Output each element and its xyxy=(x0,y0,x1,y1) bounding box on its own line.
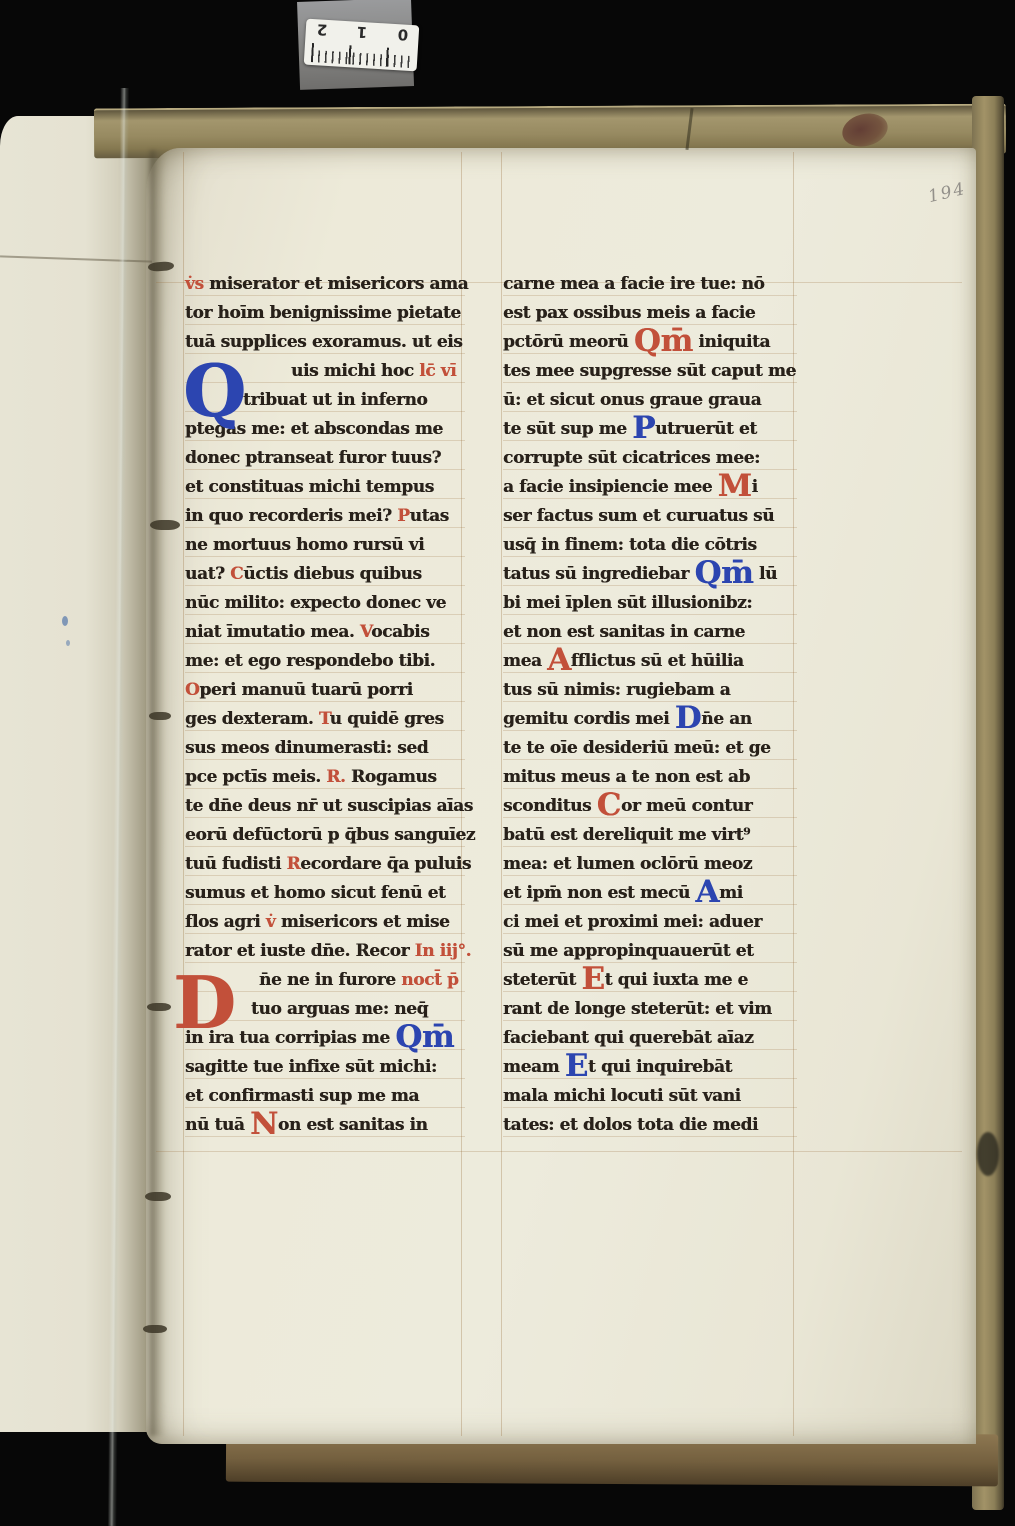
body-text: eorū defūctorū p q̄bus sanguīez xyxy=(185,825,475,845)
blue-initial-text: Qm̄ xyxy=(694,555,753,591)
rubric-red-text: v̇s xyxy=(185,274,209,294)
manuscript-line: et ipm̄ non est mecū Ami xyxy=(503,879,797,908)
body-text: uat? xyxy=(185,564,230,584)
manuscript-line: rant de longe steterūt: et vim xyxy=(503,995,797,1024)
body-text: utas xyxy=(410,506,449,526)
rubric-red-text: N xyxy=(250,1106,278,1142)
illuminated-initial: Q xyxy=(183,358,245,424)
manuscript-line: uat? Cūctis diebus quibus xyxy=(185,560,465,589)
manuscript-line: pce pctīs meis. R. Rogamus xyxy=(185,763,465,792)
body-text: tuū fudisti xyxy=(185,854,287,874)
manuscript-line: donec ptranseat furor tuus? xyxy=(185,444,465,473)
cover-dark-spot xyxy=(977,1132,999,1176)
body-text: est pax ossibus meis a facie xyxy=(503,303,755,323)
body-text: fflictus sū et hūilia xyxy=(571,651,744,671)
gutter-shadow xyxy=(150,150,166,1436)
sewing-station xyxy=(143,1325,167,1333)
body-text: sū me appropinquauerūt et xyxy=(503,941,754,961)
manuscript-line: ci mei et proximi mei: aduer xyxy=(503,908,797,937)
manuscript-line: carne mea a facie ire tue: nō xyxy=(503,270,797,299)
body-text: mitus meus a te non est ab xyxy=(503,767,750,787)
manuscript-line: gemitu cordis mei Dn̄e an xyxy=(503,705,797,734)
body-text: tes mee supgresse sūt caput me xyxy=(503,361,796,381)
manuscript-line: sū me appropinquauerūt et xyxy=(503,937,797,966)
ruler-number: 1 xyxy=(357,23,369,42)
manuscript-line: et constituas michi tempus xyxy=(185,473,465,502)
body-text: et ipm̄ non est mecū xyxy=(503,883,695,903)
body-text: pce pctīs meis. xyxy=(185,767,326,787)
ruling-horizontal-line xyxy=(156,1151,962,1152)
manuscript-line: mitus meus a te non est ab xyxy=(503,763,797,792)
blue-initial-text: E xyxy=(565,1048,588,1084)
body-text: ne mortuus homo rursū vi xyxy=(185,535,424,555)
body-text: te sūt sup me xyxy=(503,419,632,439)
manuscript-line: flos agri v̇ misericors et mise xyxy=(185,908,465,937)
manuscript-line: ges dexteram. Tu quidē gres xyxy=(185,705,465,734)
rubric-red-text: R. xyxy=(326,767,351,787)
body-text: ū: et sicut onus graue graua xyxy=(503,390,761,410)
body-text: donec ptranseat furor tuus? xyxy=(185,448,441,468)
body-text: rator et iuste dn̄e. Recor xyxy=(185,941,415,961)
ink-speck xyxy=(62,616,68,626)
body-text: ūctis diebus quibus xyxy=(243,564,421,584)
body-text: batū est dereliquit me virt⁹ xyxy=(503,825,750,845)
body-text: tates: et dolos tota die medi xyxy=(503,1115,758,1135)
blue-initial-text: A xyxy=(695,874,719,910)
body-text: nū tuā xyxy=(185,1115,250,1135)
rubric-red-text: R xyxy=(287,854,301,874)
manuscript-line: corrupte sūt cicatrices mee: xyxy=(503,444,797,473)
rubric-red-text: V xyxy=(360,622,371,642)
body-text: meam xyxy=(503,1057,565,1077)
rubric-red-text: lc̄ vī xyxy=(419,361,456,381)
rubric-red-text: C xyxy=(230,564,243,584)
facing-page-edge xyxy=(0,116,164,1432)
manuscript-line: sumus et homo sicut fenū et xyxy=(185,879,465,908)
body-text: et confirmasti sup me ma xyxy=(185,1086,419,1106)
body-text: mea: et lumen oclōrū meoz xyxy=(503,854,752,874)
body-text: carne mea a facie ire tue: nō xyxy=(503,274,764,294)
blue-initial-text: P xyxy=(632,410,655,446)
body-text: peri manuū tuarū porri xyxy=(199,680,412,700)
body-text: iniquita xyxy=(693,332,770,352)
manuscript-line: batū est dereliquit me virt⁹ xyxy=(503,821,797,850)
sewing-station xyxy=(145,1192,171,1201)
manuscript-line: te te oīe desideriū meū: et ge xyxy=(503,734,797,763)
body-text: ser factus sum et curuatus sū xyxy=(503,506,774,526)
body-text: miserator et misericors ama xyxy=(209,274,468,294)
body-text: bi mei īplen sūt illusionibz: xyxy=(503,593,752,613)
body-text: et constituas michi tempus xyxy=(185,477,434,497)
manuscript-line: mea Afflictus sū et hūilia xyxy=(503,647,797,676)
measuring-ruler: 2 1 0 xyxy=(304,19,420,72)
manuscript-line: steterūt Et qui iuxta me e xyxy=(503,966,797,995)
ink-speck xyxy=(66,640,70,646)
ruling-vertical-line xyxy=(501,152,502,1436)
manuscript-line: tuū fudisti Recordare q̄a puluis xyxy=(185,850,465,879)
manuscript-line: v̇s miserator et misericors ama xyxy=(185,270,465,299)
sewing-station xyxy=(150,520,180,530)
body-text: ocabis xyxy=(371,622,429,642)
body-text: in quo recorderis mei? xyxy=(185,506,397,526)
body-text: utruerūt et xyxy=(655,419,757,439)
body-text: me: et ego respondebo tibi. xyxy=(185,651,435,671)
body-text: tatus sū ingrediebar xyxy=(503,564,694,584)
manuscript-line: sagitte tue infixe sūt michi: xyxy=(185,1053,465,1082)
body-text: i xyxy=(752,477,758,497)
rubric-red-text: A xyxy=(547,642,571,678)
body-text: n̄e ne in furore xyxy=(259,970,401,990)
manuscript-line: niat īmutatio mea. Vocabis xyxy=(185,618,465,647)
rubric-red-text: O xyxy=(185,680,199,700)
book-cover-right-edge xyxy=(972,96,1004,1510)
body-text: ges dexteram. xyxy=(185,709,319,729)
body-text: sagitte tue infixe sūt michi: xyxy=(185,1057,437,1077)
manuscript-line: mala michi locuti sūt vani xyxy=(503,1082,797,1111)
body-text: rant de longe steterūt: et vim xyxy=(503,999,772,1019)
rubric-red-text: C xyxy=(597,787,621,823)
manuscript-line: tor hoīm benignissime pietate xyxy=(185,299,465,328)
manuscript-line: ser factus sum et curuatus sū xyxy=(503,502,797,531)
body-text: mea xyxy=(503,651,547,671)
manuscript-line: eorū defūctorū p q̄bus sanguīez xyxy=(185,821,465,850)
body-text: usq̄ in finem: tota die cōtris xyxy=(503,535,757,555)
body-text: sus meos dinumerasti: sed xyxy=(185,738,428,758)
body-text: a facie insipiencie mee xyxy=(503,477,718,497)
manuscript-line: meam Et qui inquirebāt xyxy=(503,1053,797,1082)
body-text: t qui iuxta me e xyxy=(605,970,748,990)
body-text: te te oīe desideriū meū: et ge xyxy=(503,738,770,758)
rubric-red-text: M xyxy=(718,468,752,504)
body-text: faciebant qui querebāt aīaz xyxy=(503,1028,753,1048)
body-text: ci mei et proximi mei: aduer xyxy=(503,912,762,932)
body-text: mala michi locuti sūt vani xyxy=(503,1086,741,1106)
blue-initial-text: D xyxy=(675,700,701,736)
body-text: lū xyxy=(753,564,777,584)
body-text: on est sanitas in xyxy=(278,1115,428,1135)
rubric-red-text: P xyxy=(397,506,409,526)
body-text: te dn̄e deus nr̄ ut suscipias aīas xyxy=(185,796,473,816)
manuscript-line: Operi manuū tuarū porri xyxy=(185,676,465,705)
body-text: misericors et mise xyxy=(281,912,450,932)
body-text: tuo arguas me: neq̄ xyxy=(251,999,428,1019)
manuscript-line: nū tuā Non est sanitas in xyxy=(185,1111,465,1140)
manuscript-line: bi mei īplen sūt illusionibz: xyxy=(503,589,797,618)
manuscript-line: nūc milito: expecto donec ve xyxy=(185,589,465,618)
text-column-left: v̇s miserator et misericors amator hoīm … xyxy=(185,270,465,1140)
manuscript-line: in quo recorderis mei? Putas xyxy=(185,502,465,531)
manuscript-line: faciebant qui querebāt aīaz xyxy=(503,1024,797,1053)
body-text: ecordare q̄a puluis xyxy=(300,854,471,874)
manuscript-line: mea: et lumen oclōrū meoz xyxy=(503,850,797,879)
rubric-red-text: T xyxy=(319,709,330,729)
body-text: nūc milito: expecto donec ve xyxy=(185,593,446,613)
manuscript-line: sconditus Cor meū contur xyxy=(503,792,797,821)
body-text: tribuat ut in inferno xyxy=(243,390,427,410)
rubric-red-text: Qm̄ xyxy=(634,323,693,359)
ruler-number: 0 xyxy=(397,25,409,44)
rubric-red-text: noct̄ p̄ xyxy=(401,970,458,990)
body-text: u quidē gres xyxy=(330,709,444,729)
rubric-red-text: E xyxy=(581,961,604,997)
manuscript-line: ne mortuus homo rursū vi xyxy=(185,531,465,560)
body-text: niat īmutatio mea. xyxy=(185,622,360,642)
rubric-red-text: In iij°. xyxy=(415,941,472,961)
body-text: sconditus xyxy=(503,796,597,816)
manuscript-line: a facie insipiencie mee Mi xyxy=(503,473,797,502)
manuscript-line: tates: et dolos tota die medi xyxy=(503,1111,797,1140)
manuscript-line: sus meos dinumerasti: sed xyxy=(185,734,465,763)
body-text: t qui inquirebāt xyxy=(588,1057,732,1077)
illuminated-initial: D xyxy=(173,970,235,1036)
ruling-vertical-line xyxy=(183,152,184,1436)
body-text: n̄e an xyxy=(701,709,751,729)
body-text: tus sū nimis: rugiebam a xyxy=(503,680,730,700)
ruler-major-ticks xyxy=(311,43,413,68)
body-text: corrupte sūt cicatrices mee: xyxy=(503,448,760,468)
body-text: sumus et homo sicut fenū et xyxy=(185,883,445,903)
body-text: uis michi hoc xyxy=(291,361,419,381)
manuscript-line: te dn̄e deus nr̄ ut suscipias aīas xyxy=(185,792,465,821)
manuscript-line: pctōrū meorū Qm̄ iniquita xyxy=(503,328,797,357)
body-text: or meū contur xyxy=(621,796,752,816)
sewing-station xyxy=(149,712,171,720)
manuscript-line: tatus sū ingrediebar Qm̄ lū xyxy=(503,560,797,589)
ruler-number: 2 xyxy=(316,20,328,39)
text-column-right: carne mea a facie ire tue: nōest pax oss… xyxy=(503,270,797,1140)
body-text: gemitu cordis mei xyxy=(503,709,675,729)
body-text: et non est sanitas in carne xyxy=(503,622,745,642)
sewing-station xyxy=(147,1003,171,1011)
manuscript-line: et confirmasti sup me ma xyxy=(185,1082,465,1111)
body-text: Rogamus xyxy=(351,767,437,787)
body-text: pctōrū meorū xyxy=(503,332,634,352)
blue-initial-text: Qm̄ xyxy=(395,1019,454,1055)
body-text: steterūt xyxy=(503,970,581,990)
rubric-red-text: v̇ xyxy=(266,912,281,932)
body-text: mi xyxy=(719,883,743,903)
manuscript-line: tus sū nimis: rugiebam a xyxy=(503,676,797,705)
body-text: flos agri xyxy=(185,912,266,932)
manuscript-line: me: et ego respondebo tibi. xyxy=(185,647,465,676)
manuscript-line: tes mee supgresse sūt caput me xyxy=(503,357,797,386)
body-text: tor hoīm benignissime pietate xyxy=(185,303,461,323)
manuscript-line: te sūt sup me Putruerūt et xyxy=(503,415,797,444)
